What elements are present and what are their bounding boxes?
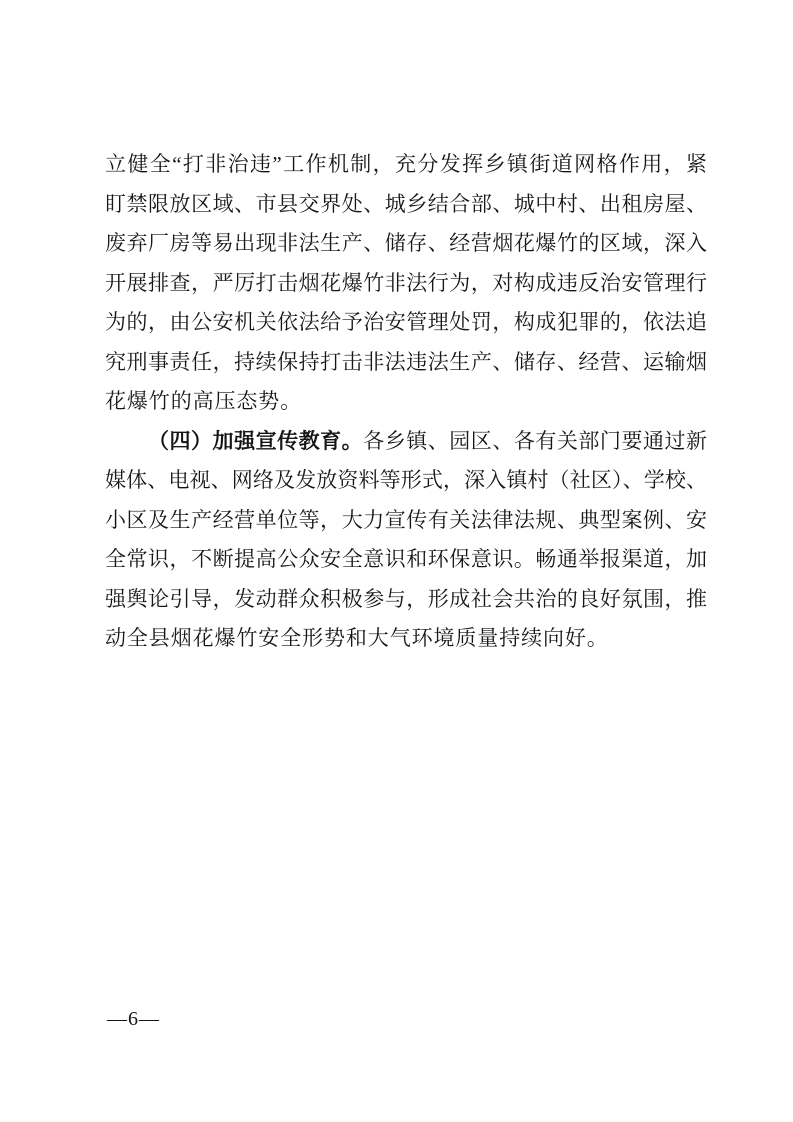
text-line: 立健全“打非治违”工作机制，充分发挥乡镇街道网格作用，紧 [105,145,707,185]
page-number: —6— [107,1008,160,1031]
text-line: 花爆竹的高压态势。 [105,382,707,422]
paragraph-lead-rest: 各乡镇、园区、各有关部门要通过新 [363,429,707,453]
text-line: 全常识，不断提高公众安全意识和环保意识。畅通举报渠道，加 [105,540,707,580]
text-line: 小区及生产经营单位等，大力宣传有关法律法规、典型案例、安 [105,501,707,541]
paragraph-lead: （四）加强宣传教育。 [148,429,363,453]
text-line: 强舆论引导，发动群众积极参与，形成社会共治的良好氛围，推 [105,580,707,620]
text-line: 开展排查，严厉打击烟花爆竹非法行为，对构成违反治安管理行 [105,264,707,304]
document-body: 立健全“打非治违”工作机制，充分发挥乡镇街道网格作用，紧 盯禁限放区域、市县交界… [105,145,707,659]
text-line: 媒体、电视、网络及发放资料等形式，深入镇村（社区）、学校、 [105,461,707,501]
document-page: 立健全“打非治违”工作机制，充分发挥乡镇街道网格作用，紧 盯禁限放区域、市县交界… [0,0,793,1122]
text-line: 为的，由公安机关依法给予治安管理处罚，构成犯罪的，依法追 [105,303,707,343]
text-line: 究刑事责任，持续保持打击非法违法生产、储存、经营、运输烟 [105,343,707,383]
text-line: 废弃厂房等易出现非法生产、储存、经营烟花爆竹的区域，深入 [105,224,707,264]
text-line: （四）加强宣传教育。各乡镇、园区、各有关部门要通过新 [105,422,707,462]
text-line: 动全县烟花爆竹安全形势和大气环境质量持续向好。 [105,619,707,659]
text-line: 盯禁限放区域、市县交界处、城乡结合部、城中村、出租房屋、 [105,185,707,225]
